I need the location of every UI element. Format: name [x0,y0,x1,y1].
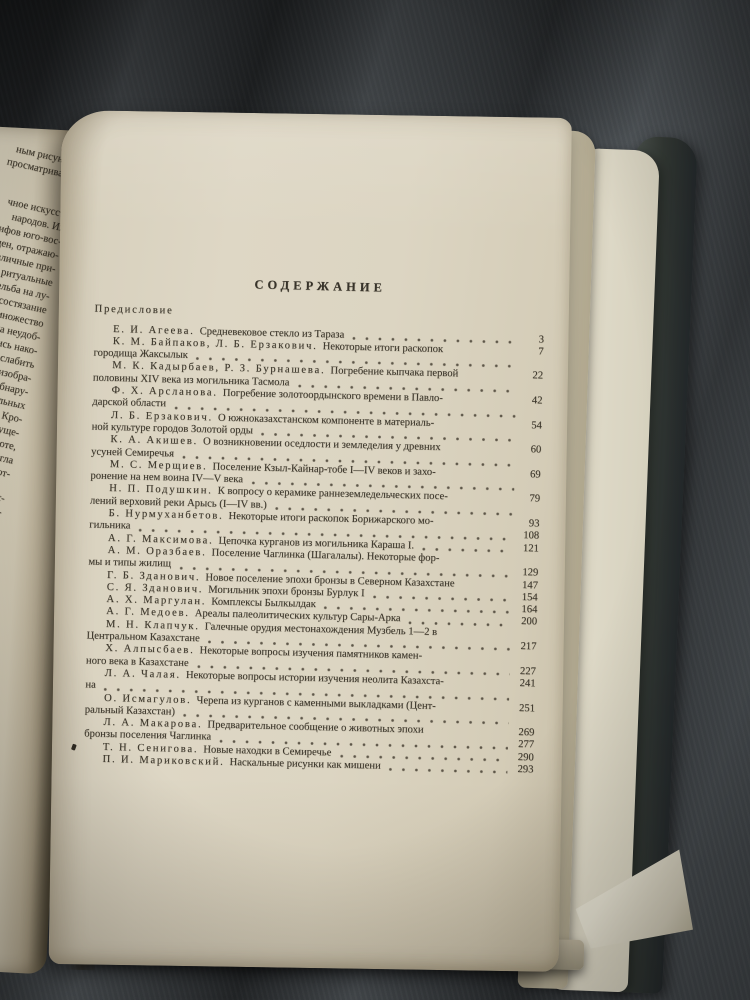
toc-author: С. Я. Зданович. [107,582,204,595]
toc-entry-title: ного века в Казахстане [86,655,189,669]
toc-page-number: 251 [511,702,535,715]
toc-entry-title: дарской области [92,397,166,410]
spacer [458,377,519,378]
toc-page-number: 79 [516,493,540,506]
toc-page-number [513,637,537,638]
toc-author: Е. И. Агеева. [113,324,195,337]
toc-row: Предисловие [94,304,544,327]
toc-page-number: 108 [515,530,539,543]
spacer [441,450,518,452]
toc-page-number: 200 [513,616,537,629]
toc-page-number: 147 [514,579,538,592]
toc-author: Х. Алпысбаев. [105,643,195,656]
toc-page-number: 241 [511,678,535,691]
toc-author: Т. Н. Сенигова. [103,742,199,755]
spacer [439,561,514,563]
toc-page-number [516,489,540,490]
toc-entry-title: усуней Семиречья [91,446,174,459]
toc-page-number [511,698,535,699]
toc-page-number: 164 [513,604,537,617]
toc-entry-text: Предисловие [94,304,173,318]
toc-entry-title: мы и типы жилищ [88,557,171,570]
toc-page-number [518,440,542,441]
toc-author: П. И. Мариковский. [102,754,224,768]
spacer [436,475,517,477]
toc-page-number: 60 [517,444,541,457]
toc-author: Л. Б. Ерзакович. [111,410,213,423]
table-of-contents: СОДЕРЖАНИЕ ПредисловиеЕ. И. Агеева.Средн… [83,275,545,777]
toc-page-number: 121 [515,543,539,556]
toc-entry-title: Наскальные рисунки как мишени [229,757,380,772]
toc-page-number: 290 [510,752,534,765]
toc-page-number: 93 [515,518,539,531]
toc-entry-text: на [85,680,96,693]
toc-title: СОДЕРЖАНИЕ [95,275,545,298]
toc-author: О. Исмагулов. [104,692,192,705]
toc-author: А. Г. Медоев. [106,606,190,619]
toc-page-number: 269 [510,727,534,740]
spacer [424,733,511,735]
spacer [444,684,512,686]
toc-author: К. А. Акишев. [110,434,198,447]
toc-entry-title: на [85,680,96,691]
spacer [443,352,520,354]
toc-page-number [519,366,543,367]
toc-page-number: 277 [510,739,534,752]
toc-rows: ПредисловиеЕ. И. Агеева.Средневековое ст… [83,304,544,777]
toc-page-number: 293 [509,764,533,777]
toc-entry-title: городища Жаксылык [93,348,188,361]
toc-author: Г. Б. Зданович. [107,569,201,582]
toc-author: М. Н. Клапчук. [106,619,200,632]
toc-entry-title: Центральном Казахстане [86,630,199,644]
toc-author: Н. П. Подушкин. [109,483,213,497]
toc-page-number: 217 [512,641,536,654]
toc-page-number [519,391,543,392]
toc-page-number: 54 [518,420,542,433]
toc-page-number [517,464,541,465]
toc-author: Л. А. Чалая. [105,668,181,681]
spacer [433,524,515,526]
toc-page-number: 42 [518,395,542,408]
toc-entry-title: Предисловие [94,304,173,317]
spacer [443,401,519,403]
toc-author: А. Х. Маргулан. [106,594,206,607]
spacer [437,635,513,637]
toc-page-number [516,514,540,515]
photo-scene: ным рисункампросматривали.ь?чное искусст… [0,0,750,1000]
toc-page-number: 129 [514,567,538,580]
toc-entry-title: Комплексы Былкылдак [211,597,316,611]
toc-page-number: 22 [519,370,543,383]
toc-author: М. С. Мерщиев. [110,459,208,472]
spacer [448,500,516,502]
spacer [436,708,511,710]
spacer [174,314,521,322]
toc-page-number [511,723,535,724]
toc-entry-title: ральный Казахстан) [85,704,175,717]
right-page: СОДЕРЖАНИЕ ПредисловиеЕ. И. Агеева.Средн… [49,110,572,972]
spacer [434,426,518,428]
toc-page-number [512,661,536,662]
spacer [422,659,512,661]
toc-page-number: 69 [516,469,540,482]
toc-page-number: 3 [520,334,544,347]
toc-author: А. М. Оразбаев. [108,545,207,558]
toc-page-number [518,415,542,416]
toc-entry-text: гильника [89,520,130,533]
spacer [454,586,513,587]
toc-page-number [515,563,539,564]
toc-page-number: 154 [513,592,537,605]
pen-mark [71,743,77,750]
toc-page-number: 227 [512,665,536,678]
toc-page-number: 7 [520,346,544,359]
toc-author: А. Г. Максимова. [108,533,214,547]
toc-page-number [520,322,544,323]
leader-dots [388,763,508,776]
toc-entry-title: гильника [89,520,130,532]
